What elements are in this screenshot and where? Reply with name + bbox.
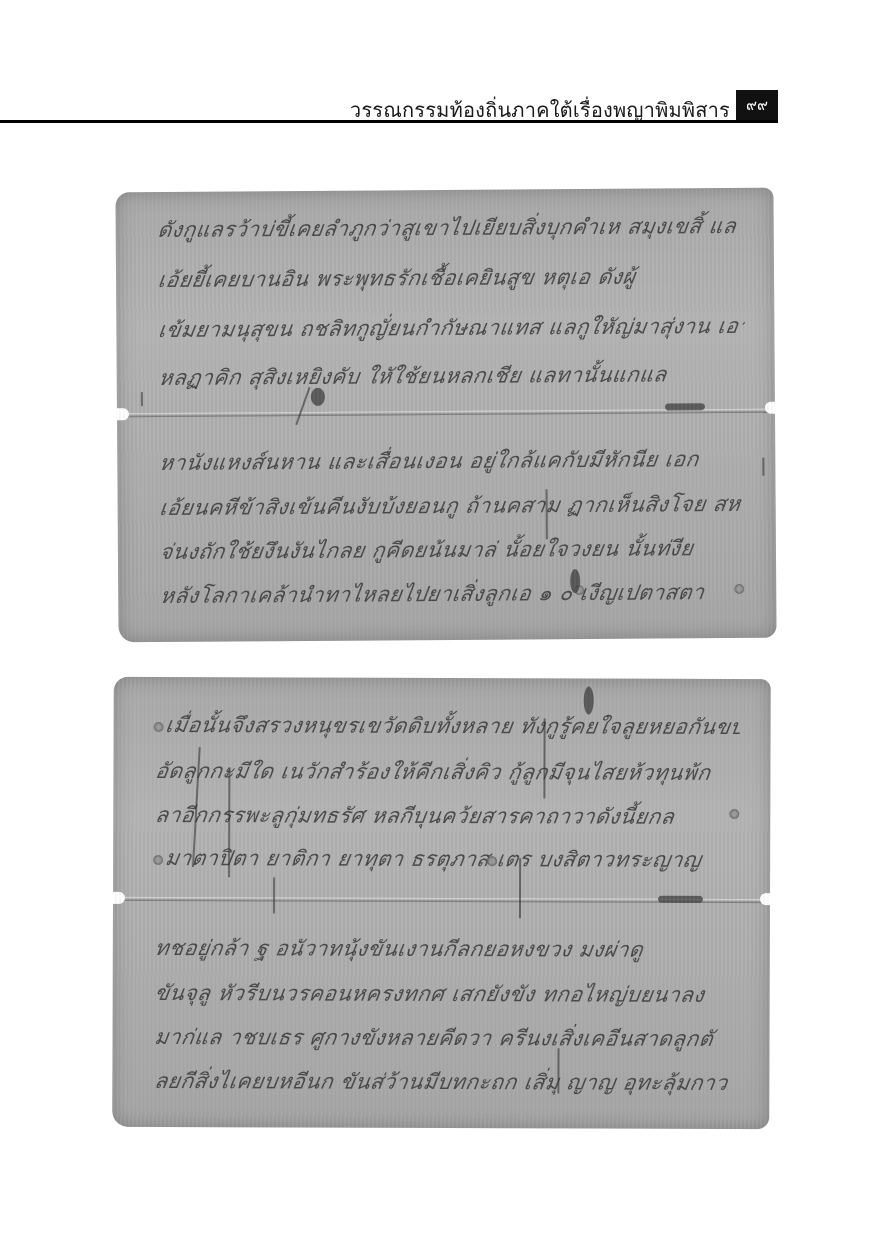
running-head: วรรณกรรมท้องถิ่นภาคใต้เรื่องพญาพิมพิสาร …: [0, 88, 778, 124]
fold-notch: [112, 892, 125, 904]
manuscript-line: ทชอยู่กล้า ฐ อนัวาทนุ้งขันเงานกีลกยอหงขว…: [152, 932, 742, 967]
manuscript-line: อัดลูกกะมีใด เนวักสำร้องให้คีกเสิ่งคิว ก…: [153, 755, 743, 790]
fold-notch: [115, 408, 129, 420]
leaf-crack: [543, 718, 545, 798]
manuscript-line: ลาอีกกรรพะลูกุ่มทธรัศ หลกีบุนคว้ยสารคาถา…: [153, 799, 743, 834]
manuscript-line: เอ้ยนคหีข้าสิงเข้นคีนงับบ้งยอนกู ถ้านคสา…: [157, 488, 747, 525]
punctuation-mark-icon: [154, 722, 164, 732]
manuscript-line: เมื่อนั้นจึงสรวงหนุขรเขวัดดิบทั้งหลาย ทั…: [163, 709, 743, 744]
manuscript-line: มาตาปิตา ยาติกา ยาทุตา ธรตุภาส เตร บงสิต…: [163, 842, 743, 877]
leaf-crack: [519, 858, 521, 918]
leaf-crack: [273, 877, 275, 913]
manuscript-line: เข้มยามนุสุขน ถชลิทกูญั่ยนกำกัษณาแทส แลก…: [156, 310, 746, 347]
punctuation-mark-icon: [734, 584, 744, 594]
ink-stain: [584, 686, 594, 714]
manuscript-line: ลยกีสิ่งไเคยบหอีนก ขันส่ว้านมีบทกะถก เสิ…: [152, 1065, 742, 1100]
manuscript-line: หานังแหงส์นหาน และเสื่อนเงอน อยู่ใกล้แคก…: [157, 443, 747, 480]
manuscript-line: จ่นงถักใช้ยงึนงันไกลย กูคีดยน้นมาล่ นั้อ…: [158, 532, 748, 569]
fold-notch: [765, 402, 777, 414]
manuscript-line: หลังโลกาเคล้านำทาไหลยไปยาเสิ่งลูกเอ ๑ ๐ …: [158, 576, 748, 613]
manuscript-line: ดังกูแลรว้าบ่ขี้เคยลำภูกว่าสูเขาไปเยียบส…: [156, 210, 746, 247]
ink-stain: [658, 896, 703, 903]
leaf-crack: [557, 1048, 559, 1093]
ink-stain: [570, 569, 580, 593]
header-rule: [0, 120, 778, 123]
punctuation-mark-icon: [729, 809, 739, 819]
leaf-crack: [546, 489, 548, 539]
manuscript-line: มาก่แล าชบเธร ศูกางขังหลายคีดวา ครีนงเสิ…: [152, 1021, 742, 1056]
manuscript-line: หลฏาคิก สุสิงเหยิงคับ ใหัใช้ยนหลกเชีย แล…: [157, 358, 747, 395]
page-number: ๙๙: [736, 90, 778, 120]
manuscript-line: ขันจุลู หัวรีบนวรคอนหครงทกศ เสกยังขัง ทก…: [152, 977, 742, 1012]
fold-notch: [760, 893, 771, 905]
leaf-crack: [762, 458, 764, 476]
ink-stain: [665, 403, 705, 410]
leaf-crack: [228, 767, 230, 877]
leaf-crack: [141, 392, 143, 406]
manuscript-leaf-2: เมื่อนั้นจึงสรวงหนุขรเขวัดดิบทั้งหลาย ทั…: [112, 677, 771, 1129]
ink-stain: [311, 388, 325, 406]
manuscript-leaf-1: ดังกูแลรว้าบ่ขี้เคยลำภูกว่าสูเขาไปเยียบส…: [115, 188, 776, 643]
punctuation-mark-icon: [487, 856, 497, 866]
punctuation-mark-icon: [153, 855, 163, 865]
manuscript-line: เอ้ยยี้เคยบานอิน พระพุทธรักเชื้อเคยินสูข…: [156, 260, 746, 297]
